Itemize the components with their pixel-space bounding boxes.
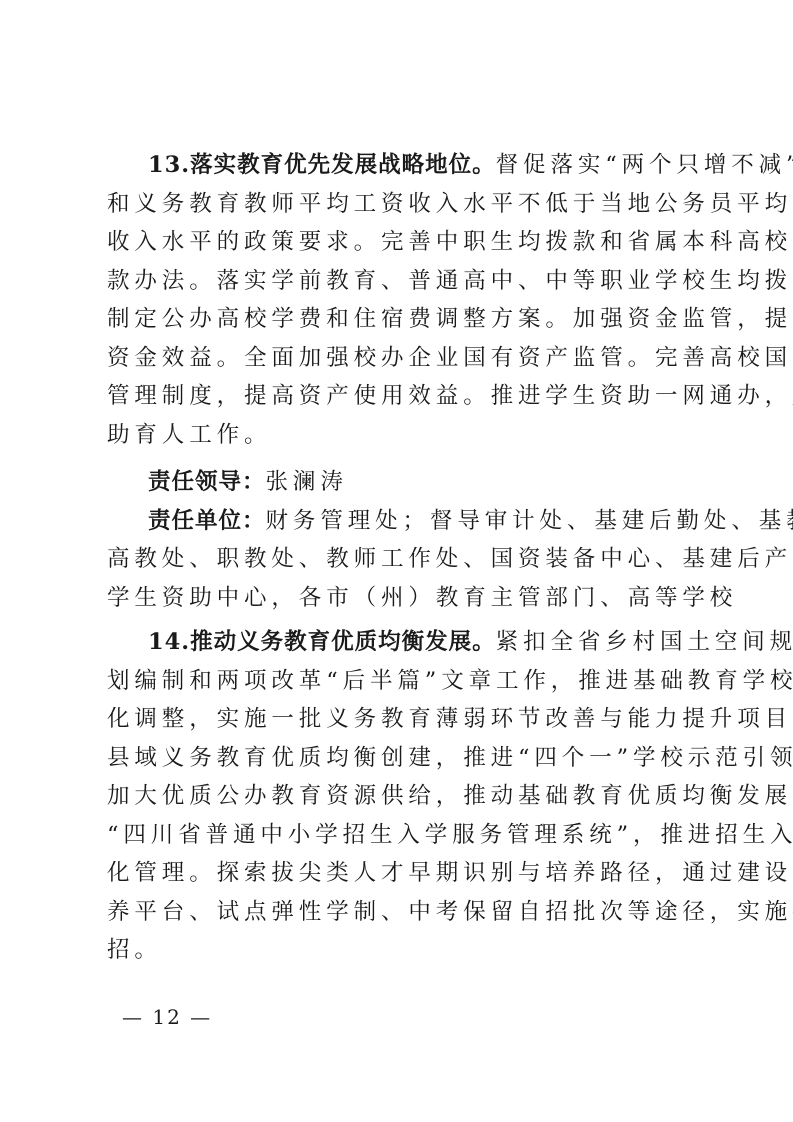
- section-14-heading: 14.推动义务教育优质均衡发展。: [148, 629, 496, 655]
- section-14-line: “四川省普通中小学招生入学服务管理系统”，推进招生入学规范: [107, 820, 692, 850]
- section-14-line: 化管理。探索拔尖类人才早期识别与培养路径，通过建设早期培: [107, 858, 692, 888]
- section-13-line: 和义务教育教师平均工资收入水平不低于当地公务员平均工资: [107, 189, 692, 219]
- section-13-line: 资金效益。全面加强校办企业国有资产监管。完善高校国有资产: [107, 343, 692, 373]
- responsible-leader-value: 张澜涛: [266, 469, 348, 495]
- section-14-line: 招。: [107, 935, 692, 965]
- section-14-line: 县域义务教育优质均衡创建，推进“四个一”学校示范引领工程，: [107, 743, 692, 773]
- section-13-first-line: 13.落实教育优先发展战略地位。督促落实“两个只增不减”: [148, 150, 692, 180]
- section-14-text: 紧扣全省乡村国土空间规: [496, 629, 793, 655]
- responsible-unit-value: 财务管理处；督导审计处、基建后勤处、基教处、: [266, 508, 793, 534]
- section-14-line: 化调整，实施一批义务教育薄弱环节改善与能力提升项目。指导: [107, 704, 692, 734]
- section-14-line: 加大优质公办教育资源供给，推动基础教育优质均衡发展。建设: [107, 781, 692, 811]
- section-14-line: 划编制和两项改革“后半篇”文章工作，推进基础教育学校布局优: [107, 666, 692, 696]
- responsible-unit-line: 高教处、职教处、教师工作处、国资装备中心、基建后产中心、: [107, 544, 692, 574]
- section-13-text: 督促落实“两个只增不减”: [496, 152, 793, 178]
- page-number: — 12 —: [122, 1004, 212, 1030]
- responsible-leader-label: 责任领导：: [148, 469, 266, 495]
- section-13-line: 助育人工作。: [107, 420, 692, 450]
- document-page: 13.落实教育优先发展战略地位。督促落实“两个只增不减” 和义务教育教师平均工资…: [0, 0, 793, 1122]
- section-13-line: 管理制度，提高资产使用效益。推进学生资助一网通办，加强资: [107, 381, 692, 411]
- section-14-line: 养平台、试点弹性学制、中考保留自招批次等途径，实施特才特: [107, 897, 692, 927]
- responsible-unit: 责任单位：财务管理处；督导审计处、基建后勤处、基教处、: [148, 506, 692, 536]
- responsible-unit-label: 责任单位：: [148, 508, 266, 534]
- section-14-first-line: 14.推动义务教育优质均衡发展。紧扣全省乡村国土空间规: [148, 627, 692, 657]
- section-13-line: 款办法。落实学前教育、普通高中、中等职业学校生均拨款标准，: [107, 266, 692, 296]
- responsible-leader: 责任领导：张澜涛: [148, 467, 692, 497]
- section-13-line: 收入水平的政策要求。完善中职生均拨款和省属本科高校绩效拨: [107, 227, 692, 257]
- responsible-unit-line: 学生资助中心，各市（州）教育主管部门、高等学校: [107, 583, 692, 613]
- section-13-heading: 13.落实教育优先发展战略地位。: [148, 152, 496, 178]
- section-13-line: 制定公办高校学费和住宿费调整方案。加强资金监管，提升财政: [107, 304, 692, 334]
